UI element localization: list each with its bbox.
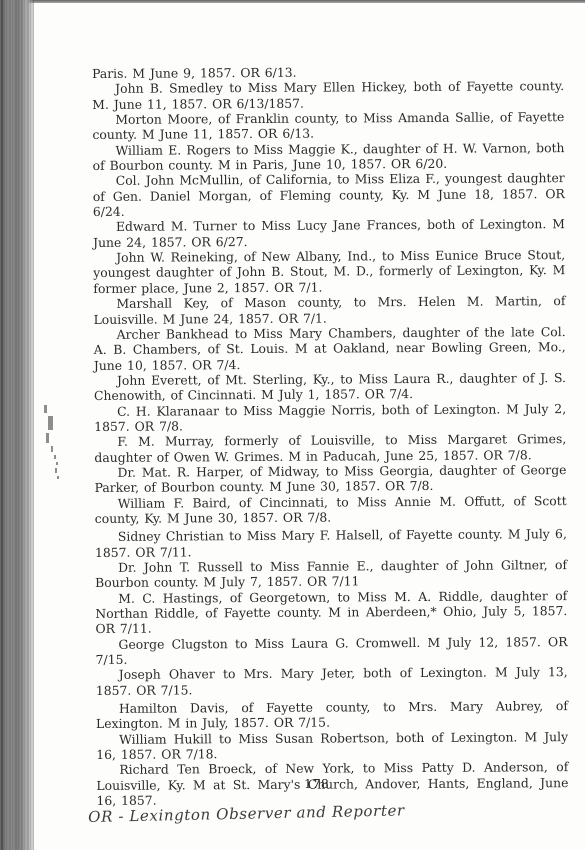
marriage-entry: Dr. Mat. R. Harper, of Midway, to Miss G…: [94, 462, 566, 496]
marriage-entry: Archer Bankhead to Miss Mary Chambers, d…: [94, 324, 566, 373]
marriage-entry: John Everett, of Mt. Sterling, Ky., to M…: [94, 370, 566, 404]
marriage-records-list: Paris. M June 9, 1857. OR 6/13. John B. …: [92, 63, 569, 808]
marriage-entry: F. M. Murray, formerly of Louisville, to…: [94, 431, 566, 465]
marriage-entry: Marshall Key, of Mason county, to Mrs. H…: [93, 293, 565, 327]
marriage-entry: Joseph Ohaver to Mrs. Mary Jeter, both o…: [96, 665, 568, 699]
marriage-entry: Richard Ten Broeck, of New York, to Miss…: [96, 760, 568, 809]
scan-top-edge: [20, 0, 585, 3]
marriage-entry: William F. Baird, of Cincinnati, to Miss…: [95, 493, 567, 527]
binding-edge-line: [1, 0, 3, 850]
marriage-entry: William Hukill to Miss Susan Robertson, …: [96, 729, 568, 763]
marriage-entry: John B. Smedley to Miss Mary Ellen Hicke…: [92, 78, 564, 112]
marriage-entry: Morton Moore, of Franklin county, to Mis…: [92, 109, 564, 143]
binding-shadow: [0, 0, 34, 850]
marriage-entry: John W. Reineking, of New Albany, Ind., …: [93, 247, 565, 296]
marriage-entry: William E. Rogers to Miss Maggie K., dau…: [92, 140, 564, 174]
marriage-entry: Col. John McMullin, of California, to Mi…: [93, 171, 565, 220]
page-number: 178: [304, 776, 329, 791]
marriage-entry: Sidney Christian to Miss Mary F. Halsell…: [95, 526, 567, 560]
marriage-entry: Edward M. Turner to Miss Lucy Jane Franc…: [93, 217, 565, 251]
marriage-entry: Hamilton Davis, of Fayette county, to Mr…: [96, 698, 568, 732]
marriage-entry: George Clugston to Miss Laura G. Cromwel…: [95, 634, 567, 668]
library-stamp-mark: [42, 405, 64, 555]
marriage-entry: C. H. Klaranaar to Miss Maggie Norris, b…: [94, 401, 566, 435]
marriage-entry: M. C. Hastings, of Georgetown, to Miss M…: [95, 588, 567, 637]
scanned-page: Paris. M June 9, 1857. OR 6/13. John B. …: [0, 0, 585, 850]
marriage-entry: Dr. John T. Russell to Miss Fannie E., d…: [95, 557, 567, 591]
